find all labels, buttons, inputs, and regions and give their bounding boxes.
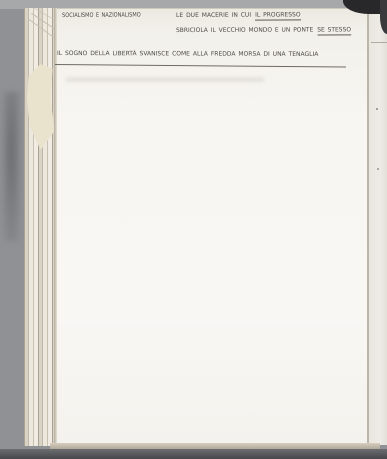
notebook-scan: SOCIALISMO E NAZIONALISMO LE DUE MACERIE…	[0, 0, 387, 459]
paper-speck	[377, 168, 379, 170]
background-bottom-strip	[0, 449, 387, 459]
handwritten-line-3: IL SOGNO DELLA LIBERTÀ SVANISCE COME ALL…	[57, 50, 318, 58]
background-shadow-smudge	[3, 92, 20, 242]
page-inner-edge	[54, 8, 57, 445]
line1-underlined: IL PROGRESSO	[255, 11, 301, 20]
faint-pencil-smudge	[66, 77, 264, 82]
line3-text: IL SOGNO DELLA LIBERTÀ SVANISCE COME ALL…	[57, 50, 318, 58]
line2-underlined: SE STESSO	[317, 26, 351, 35]
paper-speck	[376, 108, 378, 110]
handwritten-line-2: SBRICIOLA IL VECCHIO MONDO E UN PONTESE …	[176, 26, 351, 34]
notebook-page	[54, 8, 368, 446]
facing-page-edge	[369, 8, 387, 445]
line2-plain: SBRICIOLA IL VECCHIO MONDO E UN PONTE	[176, 27, 313, 34]
line1-plain: LE DUE MACERIE IN CUI	[176, 12, 251, 19]
facing-page-line	[371, 42, 387, 43]
handwritten-heading: SOCIALISMO E NAZIONALISMO	[62, 12, 141, 19]
handwritten-line-1: LE DUE MACERIE IN CUIIL PROGRESSO	[176, 11, 301, 19]
heading-text: SOCIALISMO E NAZIONALISMO	[62, 12, 141, 19]
